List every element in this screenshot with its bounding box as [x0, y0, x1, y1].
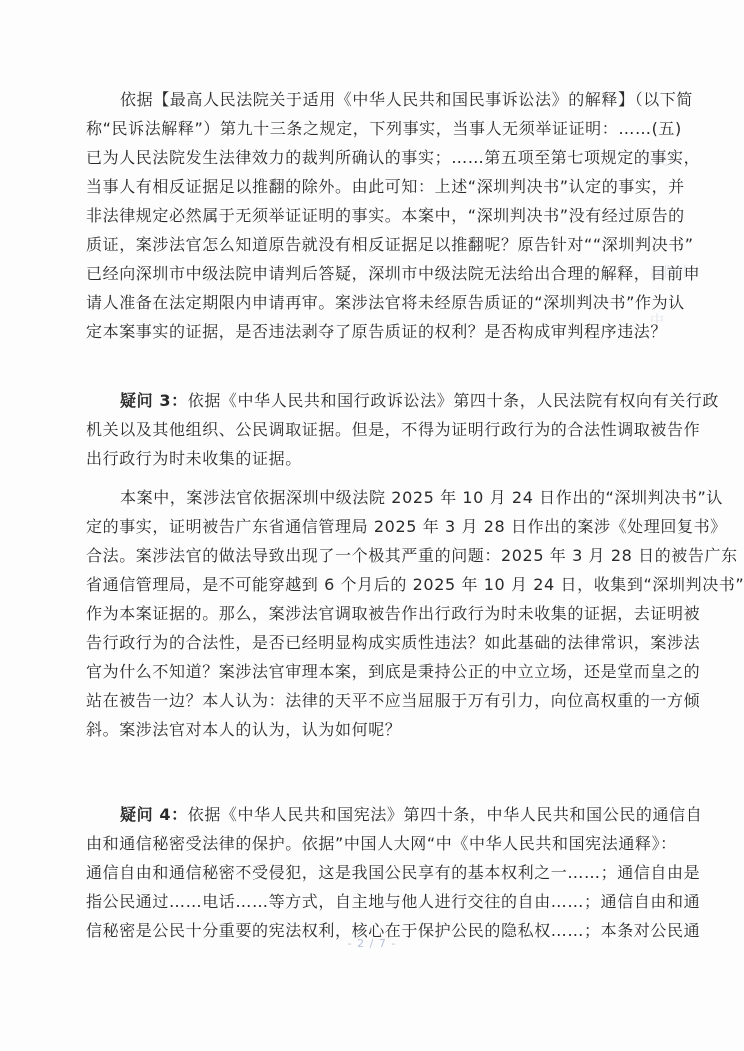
text-line: 官为什么不知道？案涉法官审理本案，到底是秉持公正的中立立场，还是堂而皇之的	[86, 657, 686, 686]
text-line: 合法。案涉法官的做法导致出现了一个极其严重的问题：2025 年 3 月 28 日…	[86, 541, 686, 570]
text-line: 当事人有相反证据足以推翻的除外。由此可知：上述“深圳判决书”认定的事实，并	[86, 172, 686, 201]
text-line: 指公民通过……电话……等方式，自主地与他人进行交往的自由……；通信自由和通	[86, 887, 686, 916]
scanned-document-page: 人民申 深院申 中 依据【最高人民法院关于适用《中华人民共和国民事诉讼法》的解释…	[0, 0, 744, 1051]
text-line: 作为本案证据的。那么，案涉法官调取被告作出行政行为时未收集的证据，去证明被	[86, 599, 686, 628]
text-line: 省通信管理局，是不可能穿越到 6 个月后的 2025 年 10 月 24 日，收…	[86, 570, 686, 599]
text-line: 疑问 3：依据《中华人民共和国行政诉讼法》第四十条，人民法院有权向有关行政	[120, 386, 686, 415]
text-line: 站在被告一边？本人认为：法律的天平不应当屈服于万有引力，向位高权重的一方倾	[86, 686, 686, 715]
text-line: 称“民诉法解释”）第九十三条之规定，下列事实，当事人无须举证证明：……(五)	[86, 114, 686, 143]
text-line: 本案中，案涉法官依据深圳中级法院 2025 年 10 月 24 日作出的“深圳判…	[120, 483, 686, 512]
page-number: - 2 / 7 -	[0, 937, 744, 950]
text-line: 出行政行为时未收集的证据。	[86, 444, 686, 473]
question-label: 疑问 3：	[120, 391, 188, 410]
text-span: 依据《中华人民共和国宪法》第四十条，中华人民共和国公民的通信自	[188, 805, 703, 824]
text-span: 依据《中华人民共和国行政诉讼法》第四十条，人民法院有权向有关行政	[188, 391, 719, 410]
question-label: 疑问 4：	[120, 805, 188, 824]
text-line: 定的事实，证明被告广东省通信管理局 2025 年 3 月 28 日作出的案涉《处…	[86, 512, 686, 541]
text-line: 机关以及其他组织、公民调取证据。但是，不得为证明行政行为的合法性调取被告作	[86, 415, 686, 444]
text-line: 已经向深圳市中级法院申请判后答疑，深圳市中级法院无法给出合理的解释，目前申	[86, 259, 686, 288]
text-line: 请人准备在法定期限内申请再审。案涉法官将未经原告质证的“深圳判决书”作为认	[86, 288, 686, 317]
text-line: 通信自由和通信秘密不受侵犯，这是我国公民享有的基本权利之一……；通信自由是	[86, 858, 686, 887]
text-line: 依据【最高人民法院关于适用《中华人民共和国民事诉讼法》的解释】（以下简	[120, 85, 686, 114]
text-line: 已为人民法院发生法律效力的裁判所确认的事实；……第五项至第七项规定的事实，	[86, 143, 686, 172]
text-line: 质证，案涉法官怎么知道原告就没有相反证据足以推翻呢？原告针对““深圳判决书”	[86, 230, 686, 259]
text-line: 斜。案涉法官对本人的认为，认为如何呢？	[86, 715, 686, 744]
text-line: 由和通信秘密受法律的保护。依据”中国人大网“中《中华人民共和国宪法通释》：	[86, 829, 686, 858]
text-line: 疑问 4：依据《中华人民共和国宪法》第四十条，中华人民共和国公民的通信自	[120, 800, 686, 829]
text-line: 定本案事实的证据，是否违法剥夺了原告质证的权利？是否构成审判程序违法？	[86, 317, 686, 346]
text-line: 告行政行为的合法性，是否已经明显构成实质性违法？如此基础的法律常识，案涉法	[86, 628, 686, 657]
text-line: 非法律规定必然属于无须举证证明的事实。本案中，“深圳判决书”没有经过原告的	[86, 201, 686, 230]
